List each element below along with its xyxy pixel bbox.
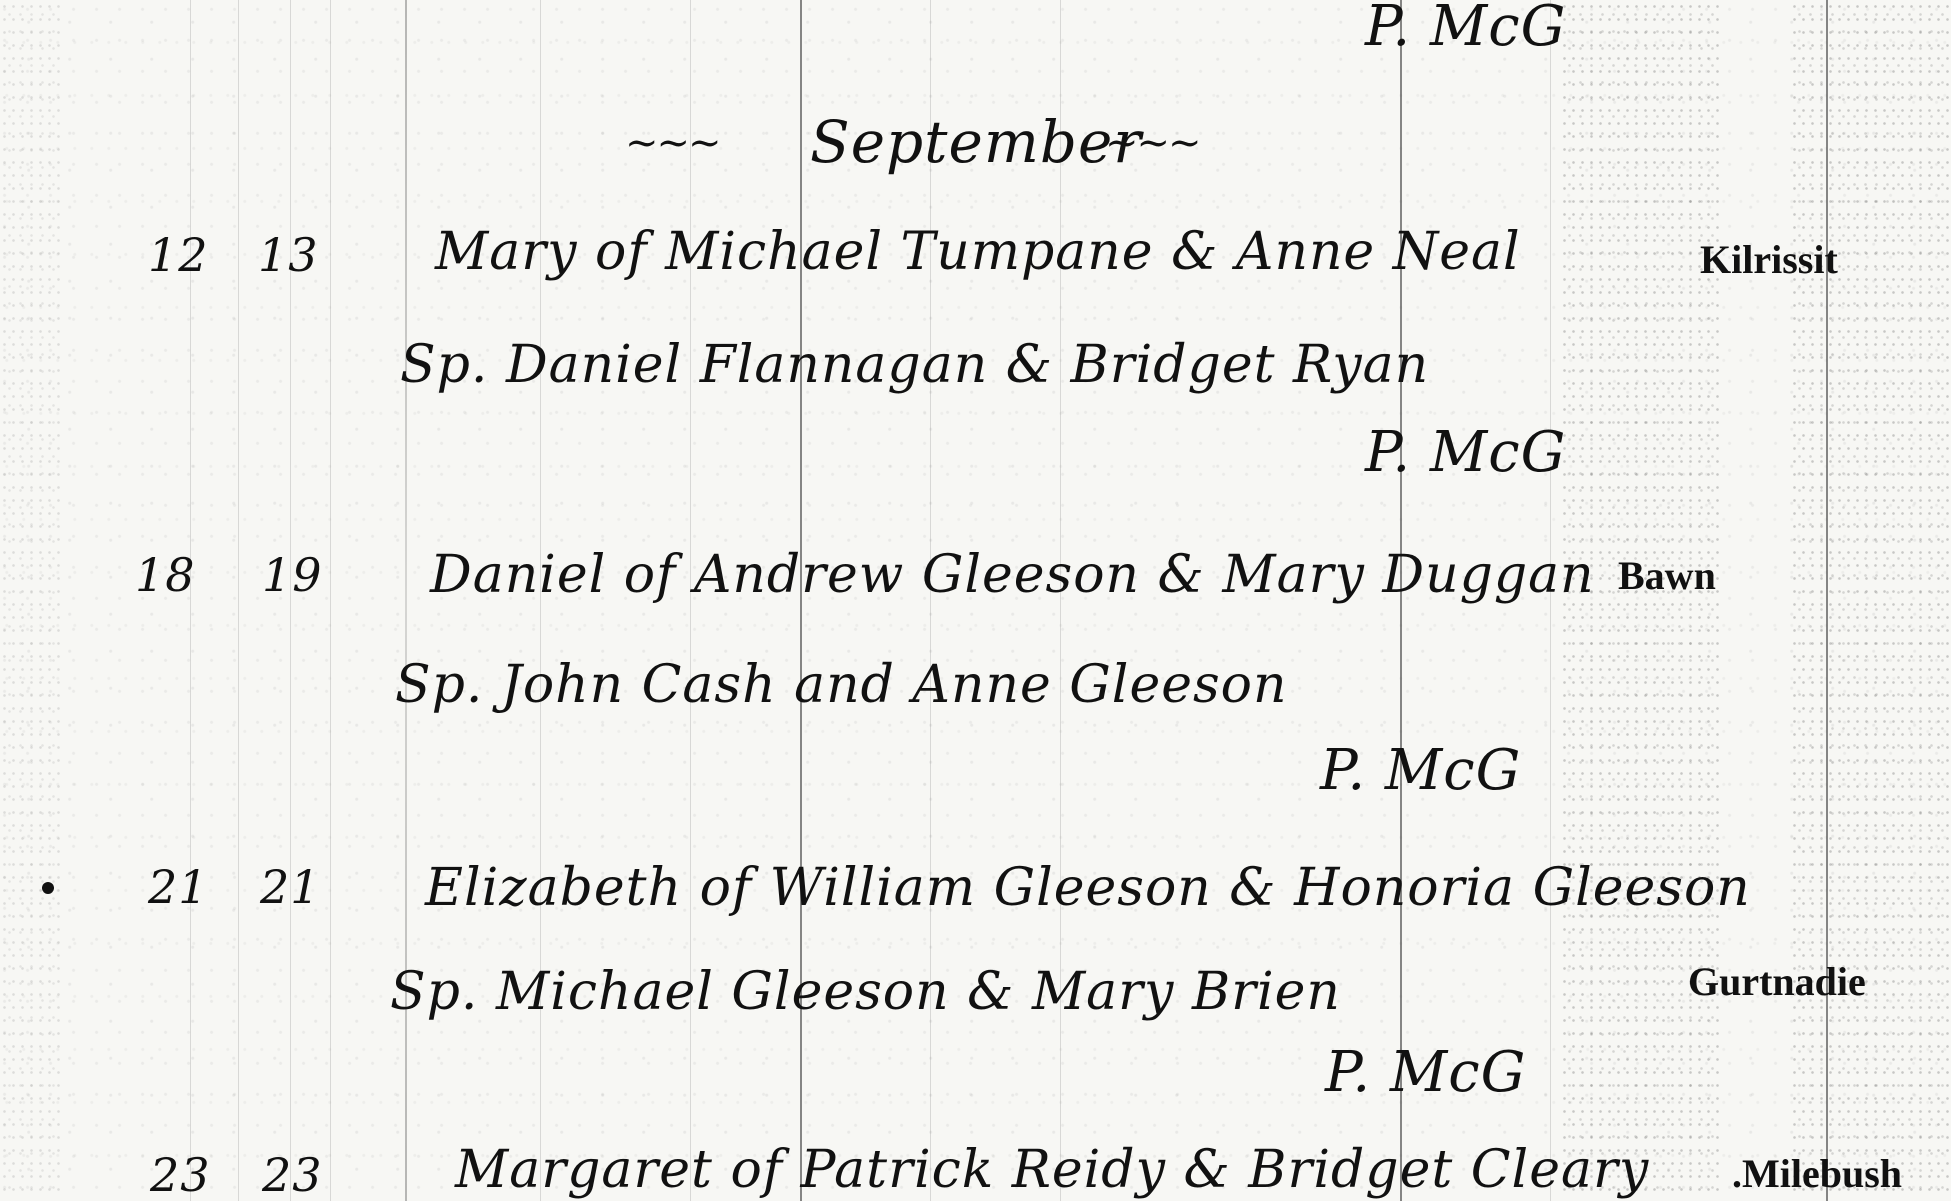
entry-child-and-parents: Margaret of Patrick Reidy & Bridget Clea… xyxy=(455,1140,1649,1200)
margin-mark xyxy=(42,882,54,894)
entry-place: Kilrissit xyxy=(1700,236,1838,283)
entry-child-and-parents: Elizabeth of William Gleeson & Honoria G… xyxy=(425,858,1751,918)
entry-sponsors: Sp. Michael Gleeson & Mary Brien xyxy=(390,962,1341,1022)
register-page: P. McG ~~~ September ~~~ 12 13 Mary of M… xyxy=(0,0,1951,1201)
entry-born-date: 23 xyxy=(150,1148,211,1201)
entry-baptized-date: 13 xyxy=(258,228,319,282)
entry-child-and-parents: Mary of Michael Tumpane & Anne Neal xyxy=(435,222,1521,282)
entry-baptized-date: 21 xyxy=(260,860,321,914)
entry-born-date: 12 xyxy=(148,228,209,282)
priest-signature: P. McG xyxy=(1365,0,1566,59)
entry-place: Gurtnadie xyxy=(1688,958,1866,1005)
entry-baptized-date: 23 xyxy=(262,1148,323,1201)
heading-flourish-right: ~~~ xyxy=(1105,120,1200,166)
entry-child-and-parents: Daniel of Andrew Gleeson & Mary Duggan xyxy=(430,545,1595,605)
column-rule xyxy=(330,0,331,1201)
entry-place: .Milebush xyxy=(1732,1150,1902,1197)
column-rule xyxy=(238,0,239,1201)
entry-place: Bawn xyxy=(1618,552,1716,599)
priest-signature: P. McG xyxy=(1320,738,1521,803)
month-heading: September xyxy=(810,108,1142,176)
entry-sponsors: Sp. Daniel Flannagan & Bridget Ryan xyxy=(400,335,1429,395)
entry-baptized-date: 19 xyxy=(262,548,323,602)
priest-signature: P. McG xyxy=(1365,420,1566,485)
paper-speckle xyxy=(1790,0,1951,1201)
priest-signature: P. McG xyxy=(1325,1040,1526,1105)
entry-born-date: 18 xyxy=(135,548,196,602)
heading-flourish-left: ~~~ xyxy=(625,120,720,166)
entry-born-date: 21 xyxy=(148,860,209,914)
entry-sponsors: Sp. John Cash and Anne Gleeson xyxy=(395,655,1287,715)
paper-speckle xyxy=(0,0,60,1201)
